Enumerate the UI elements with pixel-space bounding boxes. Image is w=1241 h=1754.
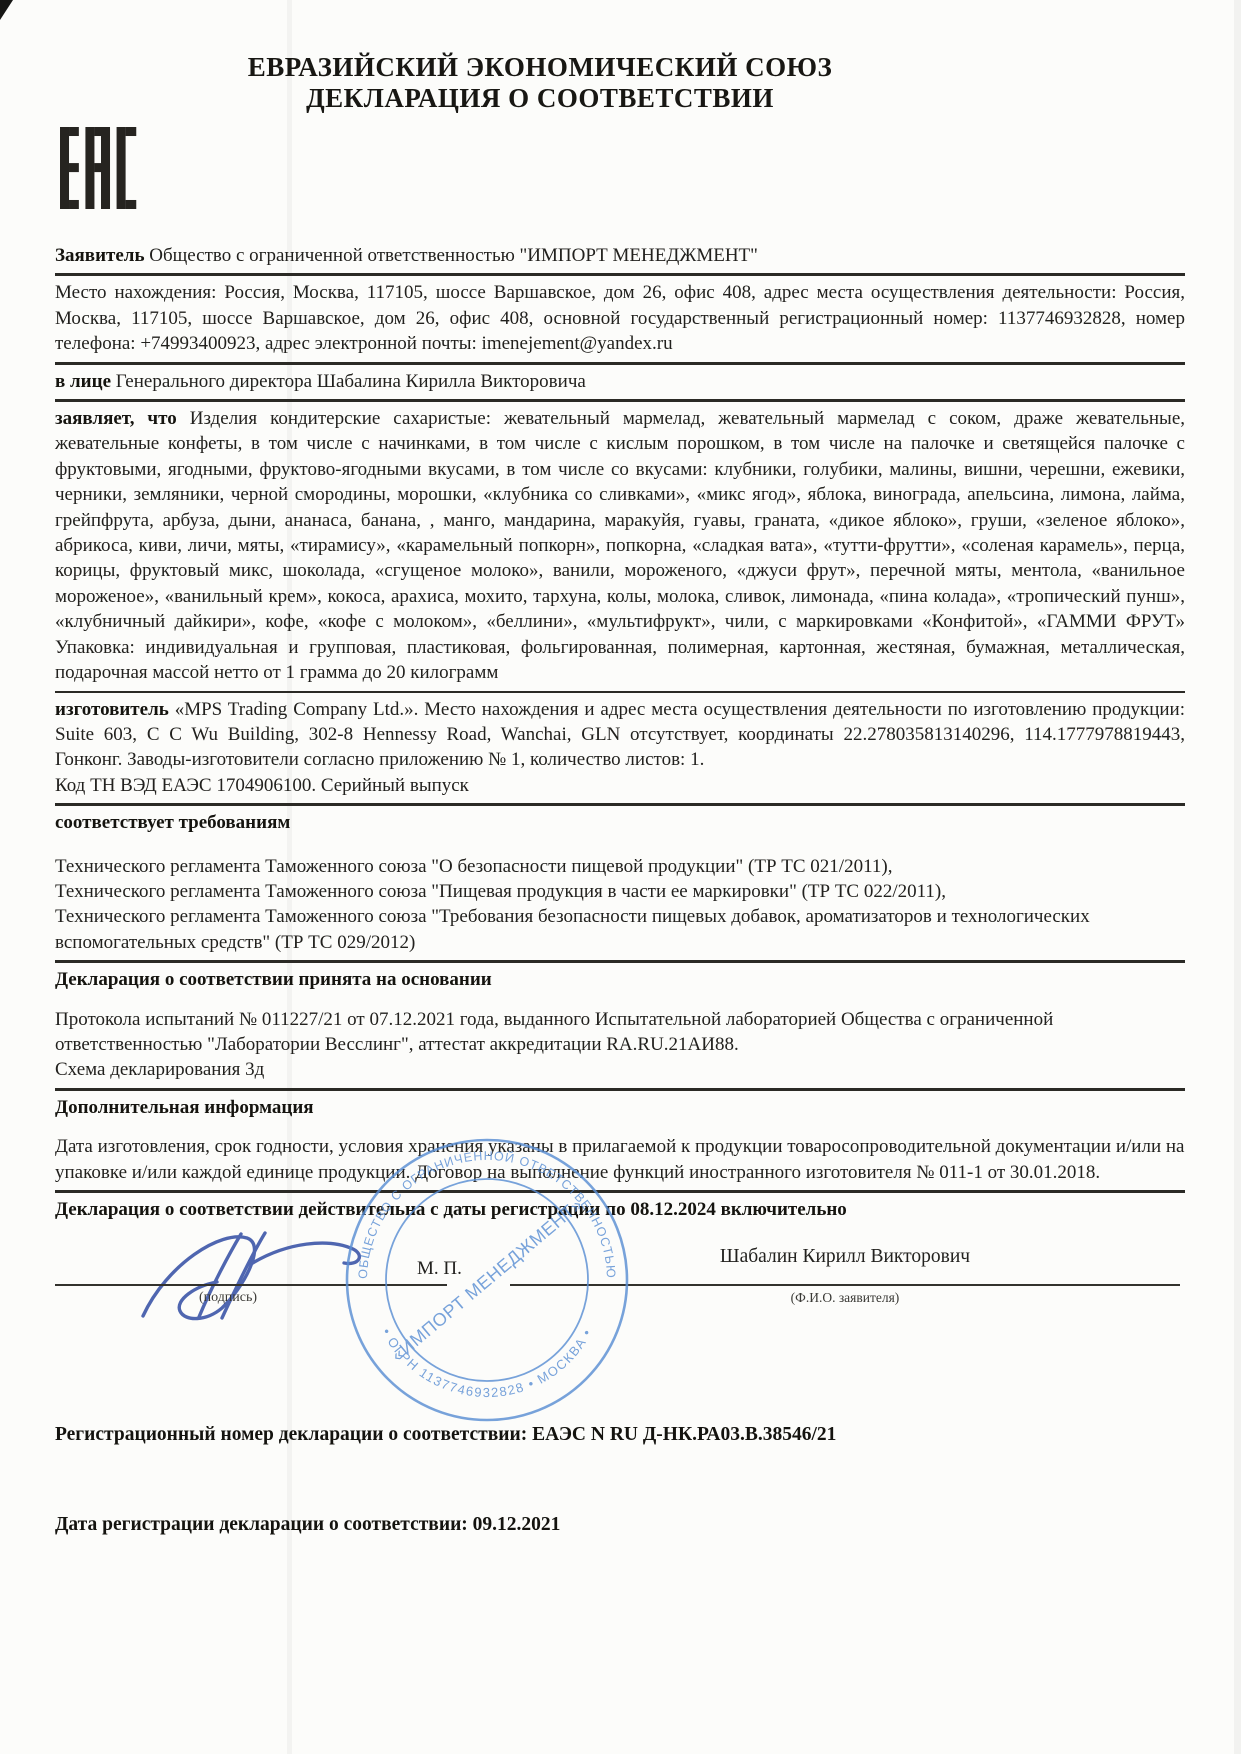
qr-code [919,56,1064,206]
signer-name: Шабалин Кирилл Викторович [510,1246,1180,1268]
manufacturer-label: изготовитель [55,699,169,720]
compliance-item: Технического регламента Таможенного союз… [55,854,1185,879]
divider [55,273,1185,276]
basis-heading: Декларация о соответствии принята на осн… [55,967,1185,992]
registration-number-line: Регистрационный номер декларации о соотв… [55,1424,1185,1446]
applicant-value: Общество с ограниченной ответственностью… [149,245,758,266]
divider [55,399,1185,402]
registration-number-value: ЕАЭС N RU Д-НК.РА03.В.38546/21 [532,1424,836,1445]
signature-zone: (подпись) М. П. Шабалин Кирилл Викторови… [55,1222,1185,1414]
applicant-label: Заявитель [55,245,145,266]
compliance-item: Технического регламента Таможенного союз… [55,904,1185,955]
signer-name-line [510,1284,1180,1286]
manufacturer-paragraph: изготовитель «MPS Trading Company Ltd.».… [55,697,1185,773]
validity-line: Декларация о соответствии действительна … [55,1197,1185,1222]
divider [55,362,1185,365]
page-title: ЕВРАЗИЙСКИЙ ЭКОНОМИЧЕСКИЙ СОЮЗ ДЕКЛАРАЦИ… [185,52,895,114]
handwritten-signature [125,1220,375,1340]
stamp-ring-text-bottom: • ОГРН 1137746932828 • МОСКВА • [379,1326,595,1400]
registration-number-label: Регистрационный номер декларации о соотв… [55,1424,527,1445]
title-line-2: ДЕКЛАРАЦИЯ О СООТВЕТСТВИИ [185,83,895,114]
manufacturer-value: «MPS Trading Company Ltd.». Место нахожд… [55,699,1185,771]
location-paragraph: Место нахождения: Россия, Москва, 117105… [55,280,1185,356]
registration-date-line: Дата регистрации декларации о соответств… [55,1514,1185,1536]
declares-label: заявляет, что [55,408,177,429]
declares-paragraph: заявляет, что Изделия кондитерские сахар… [55,406,1185,685]
additional-info-paragraph: Дата изготовления, срок годности, услови… [55,1134,1185,1185]
declares-value: Изделия кондитерские сахаристые: жевател… [55,408,1185,683]
basis-paragraph: Протокола испытаний № 011227/21 от 07.12… [55,1007,1185,1058]
compliance-item: Технического регламента Таможенного союз… [55,879,1185,904]
registration-date-value: 09.12.2021 [473,1514,561,1535]
stamp-place-label: М. П. [417,1258,462,1280]
signature-caption: (подпись) [158,1290,298,1306]
document-header: ЕВРАЗИЙСКИЙ ЭКОНОМИЧЕСКИЙ СОЮЗ ДЕКЛАРАЦИ… [55,0,1185,215]
registration-date-label: Дата регистрации декларации о соответств… [55,1514,468,1535]
applicant-line: Заявитель Общество с ограниченной ответс… [55,243,1185,268]
divider [55,1088,1185,1091]
signature-line [55,1284,447,1286]
representative-value: Генерального директора Шабалина Кирилла … [116,371,586,392]
representative-label: в лице [55,371,111,392]
svg-text:• ОГРН 1137746932828 • МОСКВА: • ОГРН 1137746932828 • МОСКВА • [379,1326,595,1400]
compliance-heading: соответствует требованиям [55,810,1185,835]
signer-name-caption: (Ф.И.О. заявителя) [510,1290,1180,1306]
tnved-code-line: Код ТН ВЭД ЕАЭС 1704906100. Серийный вып… [55,773,1185,798]
divider [55,803,1185,806]
additional-info-heading: Дополнительная информация [55,1095,1185,1120]
declaration-document: ЕВРАЗИЙСКИЙ ЭКОНОМИЧЕСКИЙ СОЮЗ ДЕКЛАРАЦИ… [0,0,1241,1754]
scheme-line: Схема декларирования 3д [55,1057,1185,1082]
divider [55,1190,1185,1193]
title-line-1: ЕВРАЗИЙСКИЙ ЭКОНОМИЧЕСКИЙ СОЮЗ [185,52,895,83]
representative-line: в лице Генерального директора Шабалина К… [55,369,1185,394]
divider [55,691,1185,693]
eac-logo-icon [60,124,142,217]
divider [55,960,1185,963]
